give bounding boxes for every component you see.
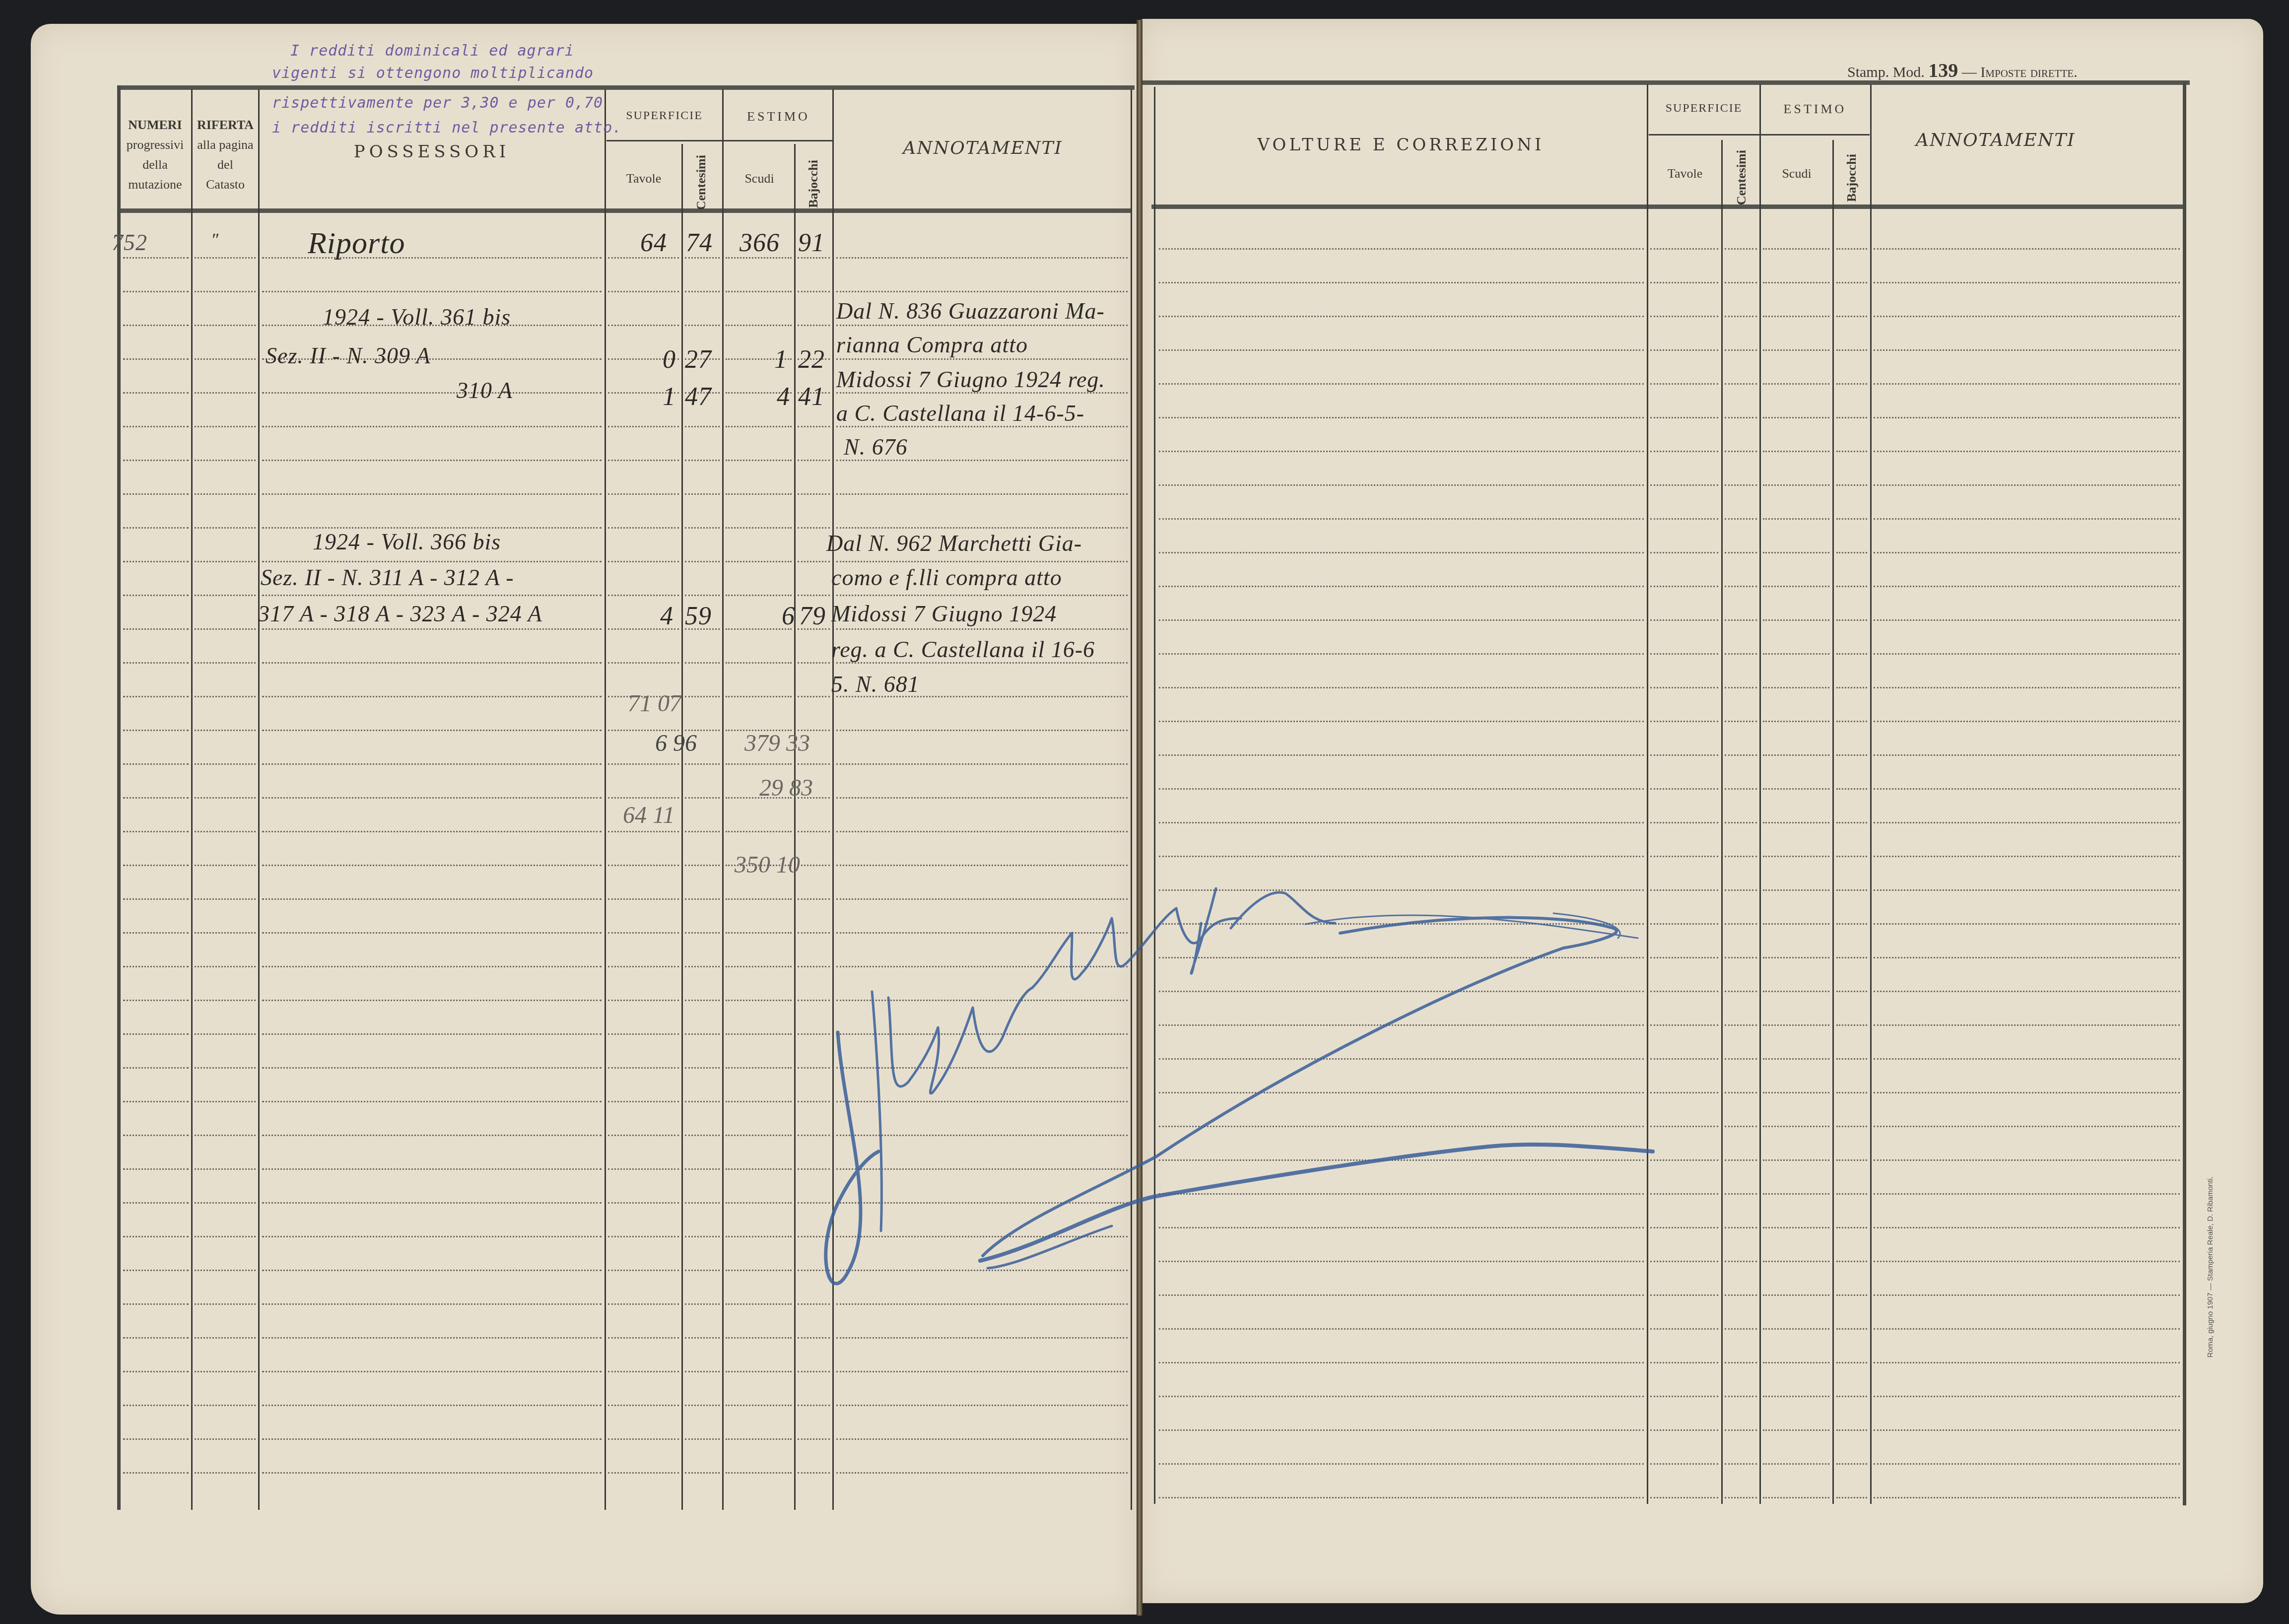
cancellation-scrawl-icon <box>0 0 2289 1624</box>
